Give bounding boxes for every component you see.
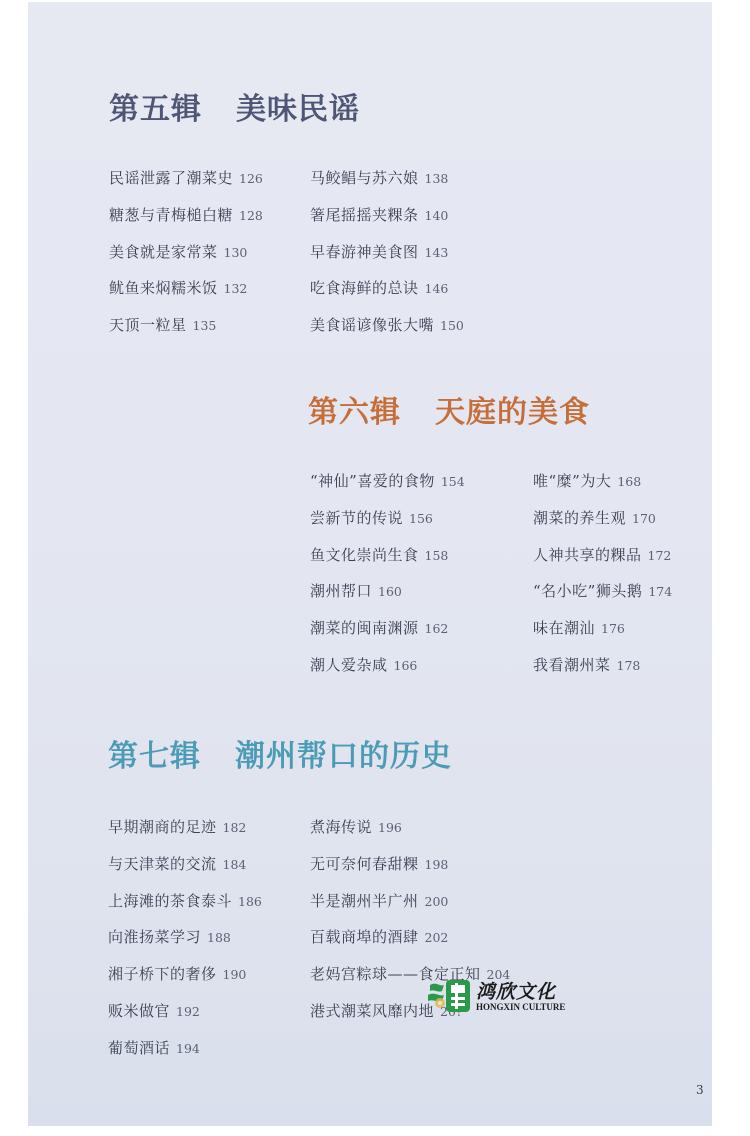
section-6-label: 第六辑 — [308, 395, 401, 430]
entry-page: 168 — [617, 474, 641, 489]
toc-entry: 葡萄酒话194 — [108, 1038, 262, 1075]
entry-page: 186 — [238, 894, 262, 909]
entry-page: 172 — [648, 548, 672, 563]
entry-page: 154 — [441, 474, 465, 489]
entry-title: 无可奈何春甜粿 — [310, 855, 419, 873]
entry-title: 箸尾摇摇夹粿条 — [310, 206, 419, 224]
hongxin-logo-icon — [428, 977, 472, 1015]
toc-entry: 与天津菜的交流184 — [108, 854, 262, 891]
toc-entry: 潮人爱杂咸166 — [310, 655, 465, 692]
entry-page: 162 — [425, 621, 449, 636]
section-6-column-2: 唯“糜”为大168 潮菜的养生观170 人神共享的粿品172 “名小吃”狮头鹅1… — [533, 471, 672, 692]
entry-title: 尝新节的传说 — [310, 509, 403, 527]
entry-page: 166 — [394, 658, 418, 673]
book-page: 第五辑美味民谣 民谣泄露了潮菜史126 糖葱与青梅槌白糖128 美食就是家常菜1… — [28, 2, 712, 1126]
toc-entry: “神仙”喜爱的食物154 — [310, 471, 465, 508]
entry-title: 鱿鱼来焖糯米饭 — [109, 279, 218, 297]
toc-entry: 上海滩的茶食泰斗186 — [108, 891, 262, 928]
toc-entry: 贩米做官192 — [108, 1001, 262, 1038]
section-7-label: 第七辑 — [108, 739, 201, 774]
entry-page: 150 — [440, 318, 464, 333]
entry-title: 半是潮州半广州 — [310, 892, 419, 910]
entry-page: 132 — [224, 281, 248, 296]
toc-entry: 味在潮汕176 — [533, 618, 672, 655]
entry-title: 早春游神美食图 — [310, 243, 419, 261]
toc-entry: 无可奈何春甜粿198 — [310, 854, 510, 891]
entry-title: 潮州帮口 — [310, 582, 372, 600]
entry-title: 上海滩的茶食泰斗 — [108, 892, 232, 910]
entry-title: 唯“糜”为大 — [533, 472, 611, 490]
entry-page: 130 — [224, 245, 248, 260]
section-5-column-1: 民谣泄露了潮菜史126 糖葱与青梅槌白糖128 美食就是家常菜130 鱿鱼来焖糯… — [109, 168, 263, 352]
toc-entry: 湘子桥下的奢侈190 — [108, 964, 262, 1001]
toc-entry: 人神共享的粿品172 — [533, 545, 672, 582]
entry-title: 味在潮汕 — [533, 619, 595, 637]
entry-title: “名小吃”狮头鹅 — [533, 582, 642, 600]
toc-entry: 美食就是家常菜130 — [109, 242, 263, 279]
section-7-column-1: 早期潮商的足迹182 与天津菜的交流184 上海滩的茶食泰斗186 向淮扬菜学习… — [108, 817, 262, 1075]
watermark-logo: 鸿欣文化 HONGXIN CULTURE — [428, 977, 576, 1017]
entry-title: 与天津菜的交流 — [108, 855, 217, 873]
entry-page: 156 — [409, 511, 433, 526]
entry-title: 向淮扬菜学习 — [108, 928, 201, 946]
entry-title: 煮海传说 — [310, 818, 372, 836]
entry-title: 葡萄酒话 — [108, 1039, 170, 1057]
entry-title: 民谣泄露了潮菜史 — [109, 169, 233, 187]
entry-page: 135 — [193, 318, 217, 333]
toc-entry: 我看潮州菜178 — [533, 655, 672, 692]
entry-page: 194 — [176, 1041, 200, 1056]
section-5-title: 美味民谣 — [236, 92, 360, 127]
section-6-column-1: “神仙”喜爱的食物154 尝新节的传说156 鱼文化崇尚生食158 潮州帮口16… — [310, 471, 465, 692]
entry-page: 200 — [425, 894, 449, 909]
entry-page: 146 — [425, 281, 449, 296]
entry-page: 202 — [425, 930, 449, 945]
entry-title: 潮菜的闽南渊源 — [310, 619, 419, 637]
section-6-title: 天庭的美食 — [435, 395, 590, 430]
entry-title: 港式潮菜风靡内地 — [310, 1002, 434, 1020]
entry-page: 196 — [378, 820, 402, 835]
toc-entry: 早春游神美食图143 — [310, 242, 464, 279]
toc-entry: 鱿鱼来焖糯米饭132 — [109, 278, 263, 315]
toc-entry: 百载商埠的酒肆202 — [310, 927, 510, 964]
entry-title: 美食谣谚像张大嘴 — [310, 316, 434, 334]
entry-page: 198 — [425, 857, 449, 872]
entry-title: 湘子桥下的奢侈 — [108, 965, 217, 983]
entry-title: 潮人爱杂咸 — [310, 656, 388, 674]
section-5-column-2: 马鲛鲳与苏六娘138 箸尾摇摇夹粿条140 早春游神美食图143 吃食海鲜的总诀… — [310, 168, 464, 352]
entry-page: 170 — [632, 511, 656, 526]
entry-title: 人神共享的粿品 — [533, 546, 642, 564]
toc-entry: 潮菜的养生观170 — [533, 508, 672, 545]
section-5-label: 第五辑 — [109, 92, 202, 127]
entry-page: 160 — [378, 584, 402, 599]
entry-title: 糖葱与青梅槌白糖 — [109, 206, 233, 224]
entry-page: 188 — [207, 930, 231, 945]
entry-title: 早期潮商的足迹 — [108, 818, 217, 836]
entry-title: 吃食海鲜的总诀 — [310, 279, 419, 297]
watermark-english: HONGXIN CULTURE — [476, 1002, 565, 1012]
toc-entry: 早期潮商的足迹182 — [108, 817, 262, 854]
toc-entry: 糖葱与青梅槌白糖128 — [109, 205, 263, 242]
entry-title: 马鲛鲳与苏六娘 — [310, 169, 419, 187]
toc-entry: 美食谣谚像张大嘴150 — [310, 315, 464, 352]
entry-title: 贩米做官 — [108, 1002, 170, 1020]
page-number: 3 — [696, 1083, 704, 1097]
entry-page: 192 — [176, 1004, 200, 1019]
entry-page: 126 — [239, 171, 263, 186]
entry-page: 143 — [425, 245, 449, 260]
toc-entry: 潮菜的闽南渊源162 — [310, 618, 465, 655]
entry-page: 138 — [425, 171, 449, 186]
entry-page: 140 — [425, 208, 449, 223]
toc-entry: 马鲛鲳与苏六娘138 — [310, 168, 464, 205]
entry-title: 潮菜的养生观 — [533, 509, 626, 527]
watermark-chinese: 鸿欣文化 — [476, 977, 556, 1004]
toc-entry: 鱼文化崇尚生食158 — [310, 545, 465, 582]
entry-title: 我看潮州菜 — [533, 656, 611, 674]
section-7-title: 潮州帮口的历史 — [235, 739, 452, 774]
entry-page: 128 — [239, 208, 263, 223]
toc-entry: “名小吃”狮头鹅174 — [533, 581, 672, 618]
toc-entry: 煮海传说196 — [310, 817, 510, 854]
toc-entry: 潮州帮口160 — [310, 581, 465, 618]
toc-entry: 天顶一粒星135 — [109, 315, 263, 352]
toc-entry: 尝新节的传说156 — [310, 508, 465, 545]
section-6-heading: 第六辑天庭的美食 — [308, 398, 590, 428]
entry-page: 174 — [648, 584, 672, 599]
toc-entry: 民谣泄露了潮菜史126 — [109, 168, 263, 205]
entry-title: 美食就是家常菜 — [109, 243, 218, 261]
section-5-heading: 第五辑美味民谣 — [109, 95, 360, 125]
entry-title: 鱼文化崇尚生食 — [310, 546, 419, 564]
toc-entry: 吃食海鲜的总诀146 — [310, 278, 464, 315]
entry-title: “神仙”喜爱的食物 — [310, 472, 435, 490]
toc-entry: 唯“糜”为大168 — [533, 471, 672, 508]
entry-page: 176 — [601, 621, 625, 636]
entry-title: 天顶一粒星 — [109, 316, 187, 334]
toc-entry: 向淮扬菜学习188 — [108, 927, 262, 964]
entry-page: 182 — [223, 820, 247, 835]
entry-page: 184 — [223, 857, 247, 872]
entry-page: 178 — [617, 658, 641, 673]
entry-title: 百载商埠的酒肆 — [310, 928, 419, 946]
entry-page: 158 — [425, 548, 449, 563]
entry-page: 190 — [223, 967, 247, 982]
section-7-heading: 第七辑潮州帮口的历史 — [108, 742, 452, 772]
toc-entry: 半是潮州半广州200 — [310, 891, 510, 928]
toc-entry: 箸尾摇摇夹粿条140 — [310, 205, 464, 242]
